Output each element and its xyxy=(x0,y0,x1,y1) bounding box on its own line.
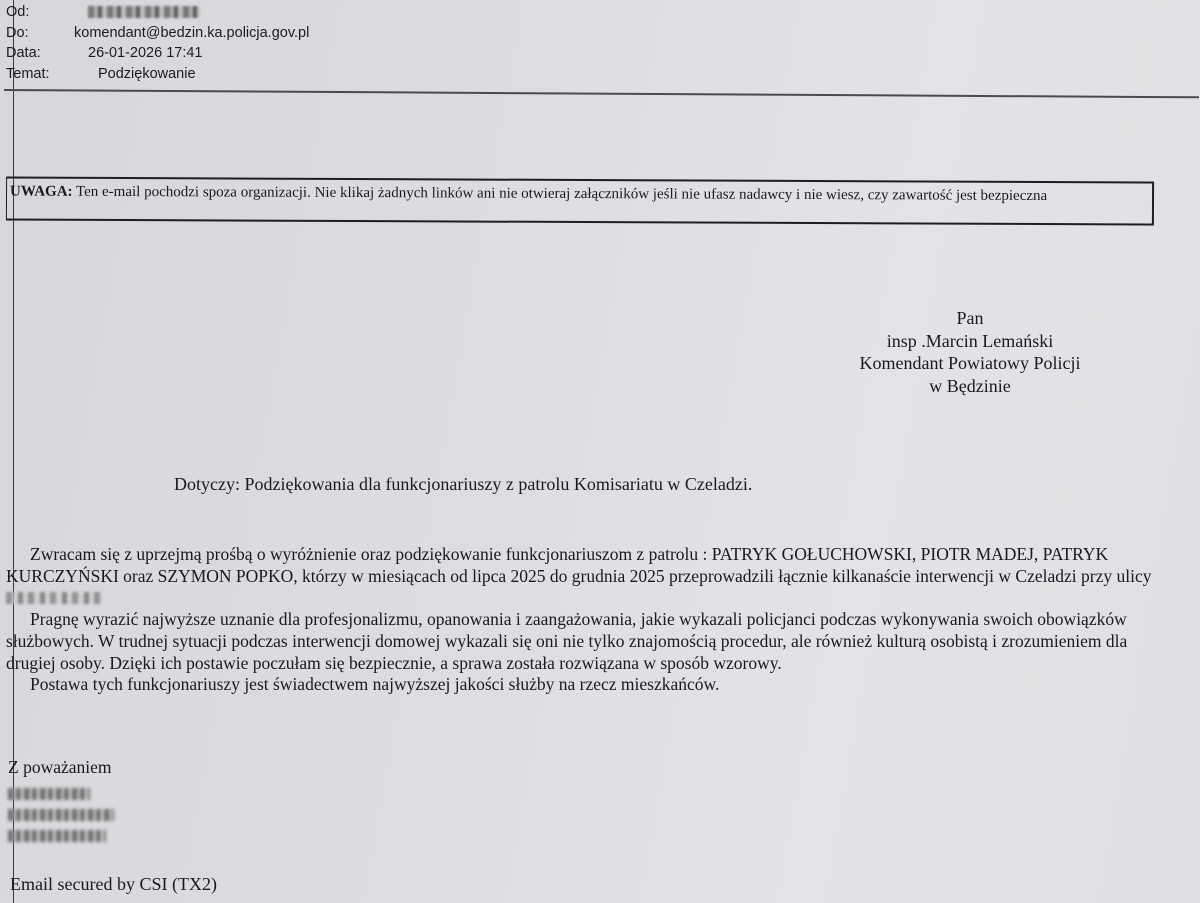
paragraph-2: Pragnę wyrazić najwyższe uznanie dla pro… xyxy=(6,609,1176,674)
from-value-redacted xyxy=(88,6,200,18)
header-subject-row: Temat: Podziękowanie xyxy=(6,64,309,85)
date-value: 26-01-2026 17:41 xyxy=(88,43,203,64)
street-redacted xyxy=(6,592,102,604)
addressee-line-3: Komendant Powiatowy Policji xyxy=(820,352,1120,375)
paragraph-1-text: Zwracam się z uprzejmą prośbą o wyróżnie… xyxy=(6,544,1151,586)
header-divider xyxy=(4,89,1199,98)
letter-body: Zwracam się z uprzejmą prośbą o wyróżnie… xyxy=(6,544,1176,696)
signature-redacted-line-1 xyxy=(8,788,90,800)
addressee-line-1: Pan xyxy=(820,307,1120,330)
closing-block: Z poważaniem xyxy=(8,757,114,842)
addressee-block: Pan insp .Marcin Lemański Komendant Powi… xyxy=(820,307,1120,397)
salutation: Z poważaniem xyxy=(8,757,114,778)
paragraph-1: Zwracam się z uprzejmą prośbą o wyróżnie… xyxy=(6,544,1176,609)
date-label: Data: xyxy=(6,43,70,64)
warning-prefix: UWAGA: xyxy=(10,184,73,200)
header-to-row: Do: komendant@bedzin.ka.policja.gov.pl xyxy=(6,23,309,44)
addressee-line-4: w Będzinie xyxy=(820,375,1120,398)
header-from-row: Od: xyxy=(6,2,309,23)
external-email-warning: UWAGA: Ten e-mail pochodzi spoza organiz… xyxy=(6,176,1154,225)
warning-text: Ten e-mail pochodzi spoza organizacji. N… xyxy=(73,184,1048,204)
header-date-row: Data: 26-01-2026 17:41 xyxy=(6,43,309,64)
to-value: komendant@bedzin.ka.policja.gov.pl xyxy=(74,23,309,44)
security-footer: Email secured by CSI (TX2) xyxy=(10,874,217,895)
email-header: Od: Do: komendant@bedzin.ka.policja.gov.… xyxy=(6,2,309,84)
signature-redacted-line-3 xyxy=(8,830,106,842)
signature-redacted-line-2 xyxy=(8,809,114,821)
paragraph-3: Postawa tych funkcjonariuszy jest świade… xyxy=(6,674,1176,696)
subject-value: Podziękowanie xyxy=(98,64,196,85)
from-label: Od: xyxy=(6,2,70,23)
addressee-line-2: insp .Marcin Lemański xyxy=(820,330,1120,353)
subject-label: Temat: xyxy=(6,64,70,85)
to-label: Do: xyxy=(6,23,70,44)
letter-subject: Dotyczy: Podziękowania dla funkcjonarius… xyxy=(174,474,752,495)
